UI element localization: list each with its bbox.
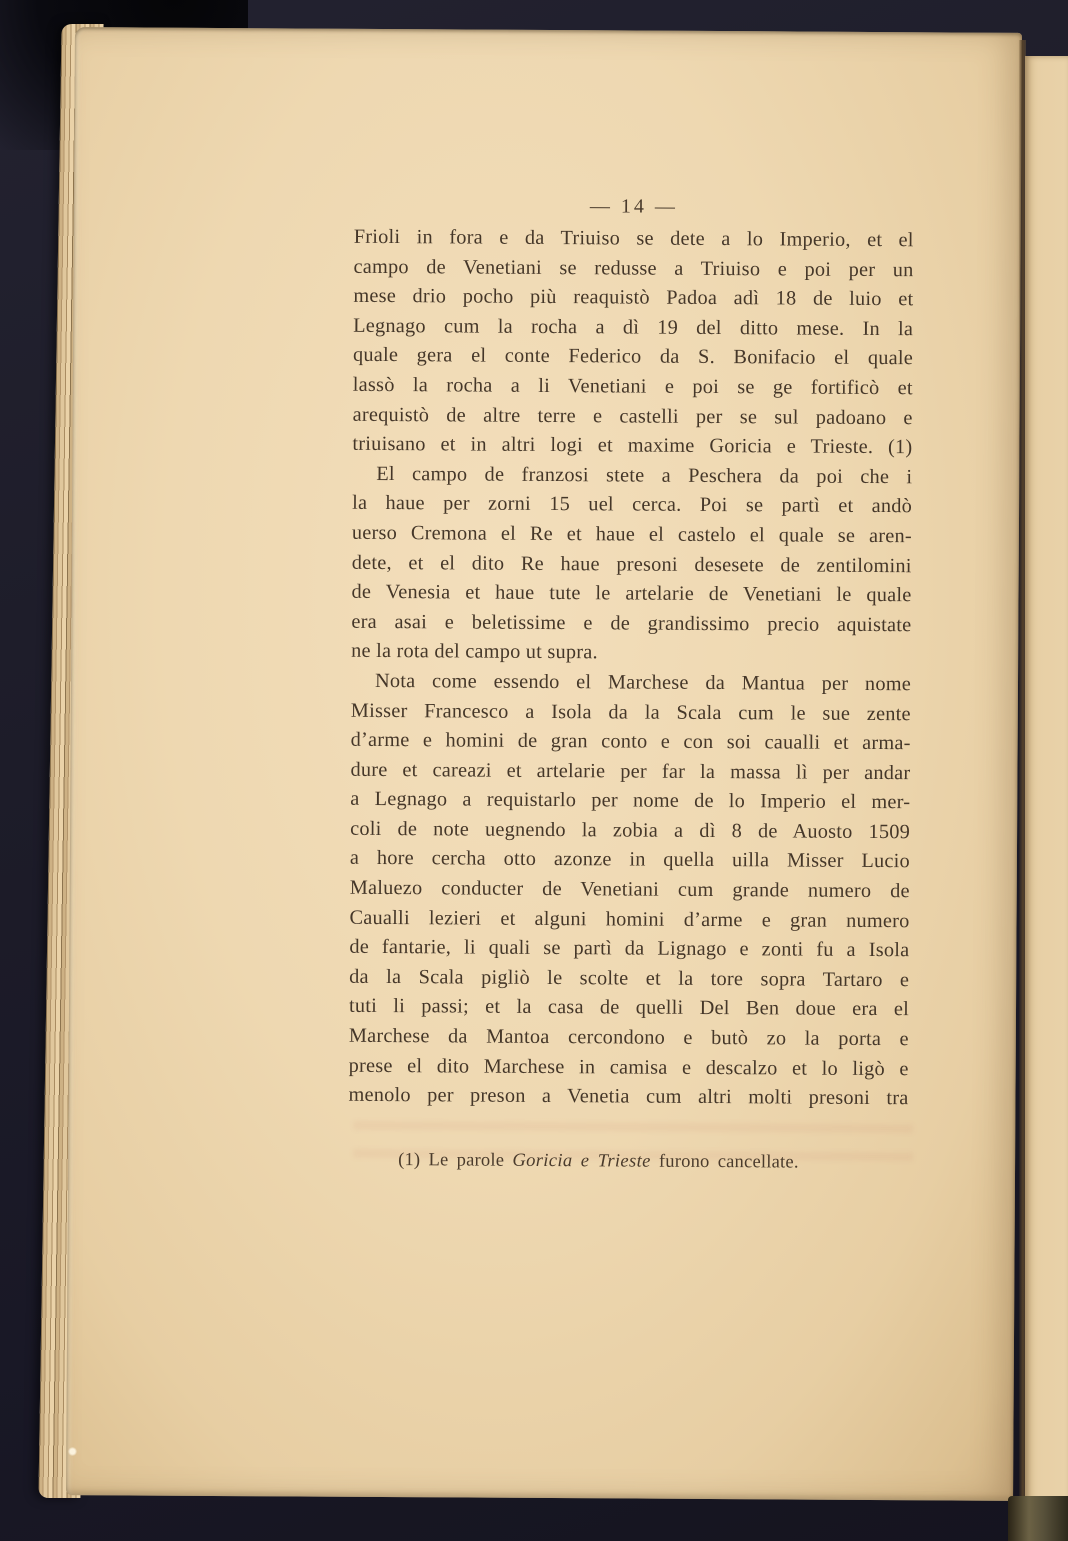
text-line: El campo de franzosi stete a Peschera da…	[352, 460, 912, 493]
text-line: ne la rota del campo ut supra.	[351, 637, 911, 670]
text-line: la haue per zorni 15 uel cerca. Poi se p…	[352, 489, 912, 522]
text-line: a Legnago a requistarlo per nome de lo I…	[350, 785, 910, 818]
text-line: Caualli lezieri et alguni homini d’arme …	[349, 903, 909, 936]
text-line: dure et careazi et artelarie per far la …	[350, 755, 910, 788]
text-line: Marchese da Mantoa cercondono e butò zo …	[349, 1022, 909, 1055]
page-number: — 14 —	[354, 194, 914, 220]
text-line: d’arme e homini de gran conto e con soi …	[351, 726, 911, 759]
text-line: de Venesia et haue tute le artelarie de …	[351, 578, 911, 611]
footnote-segment: furono cancellate.	[651, 1152, 799, 1173]
text-line: mese drio pocho più reaquistò Padoa adì …	[353, 282, 913, 315]
body-text: Frioli in fora e da Triuiso se dete a lo…	[348, 223, 913, 1114]
text-line: quale gera el conte Federico da S. Bonif…	[353, 341, 913, 374]
footnote-segment: (1) Le parole	[398, 1150, 512, 1171]
text-line: Misser Francesco a Isola da la Scala cum…	[351, 696, 911, 729]
text-line: prese el dito Marchese in camisa e desca…	[349, 1051, 909, 1084]
footnote-italic-words: Goricia e Trieste	[512, 1151, 650, 1172]
text-line: coli de note uegnendo la zobia a dì 8 de…	[350, 815, 910, 848]
text-line: Frioli in fora e da Triuiso se dete a lo…	[354, 223, 914, 256]
text-line: Nota come essendo el Marchese da Mantua …	[351, 667, 911, 700]
book-page: — 14 — Frioli in fora e da Triuiso se de…	[66, 27, 1022, 1501]
text-line: tuti li passi; et la casa de quelli Del …	[349, 992, 909, 1025]
text-line: da la Scala pigliò le scolte et la tore …	[349, 963, 909, 996]
text-line: a hore cercha otto azonze in quella uill…	[350, 844, 910, 877]
footnote-text: (1) Le parole Goricia e Trieste furono c…	[398, 1150, 908, 1174]
text-line: Legnago cum la rocha a dì 19 del ditto m…	[353, 312, 913, 345]
text-line: triuisano et in altri logi et maxime Gor…	[352, 430, 912, 463]
spine-binding	[1008, 1496, 1068, 1541]
text-line: Maluezo conducter de Venetiani cum grand…	[350, 874, 910, 907]
text-line: arequistò de altre terre e castelli per …	[353, 400, 913, 433]
text-line: de fantarie, li quali se partì da Lignag…	[349, 933, 909, 966]
text-line: campo de Venetiani se redusse a Triuiso …	[353, 252, 913, 285]
paper-fleck	[68, 1447, 77, 1456]
facing-page-edge	[1025, 56, 1068, 1508]
text-line: menolo per preson a Venetia cum altri mo…	[348, 1081, 908, 1114]
text-line: uerso Cremona el Re et haue el castelo e…	[352, 519, 912, 552]
book-scan-photo: — 14 — Frioli in fora e da Triuiso se de…	[0, 0, 1068, 1541]
text-line: era asai e beletissime e de grandissimo …	[351, 608, 911, 641]
text-line: lassò la rocha a li Venetiani e poi se g…	[353, 371, 913, 404]
text-line: dete, et el dito Re haue presoni deseset…	[352, 548, 912, 581]
